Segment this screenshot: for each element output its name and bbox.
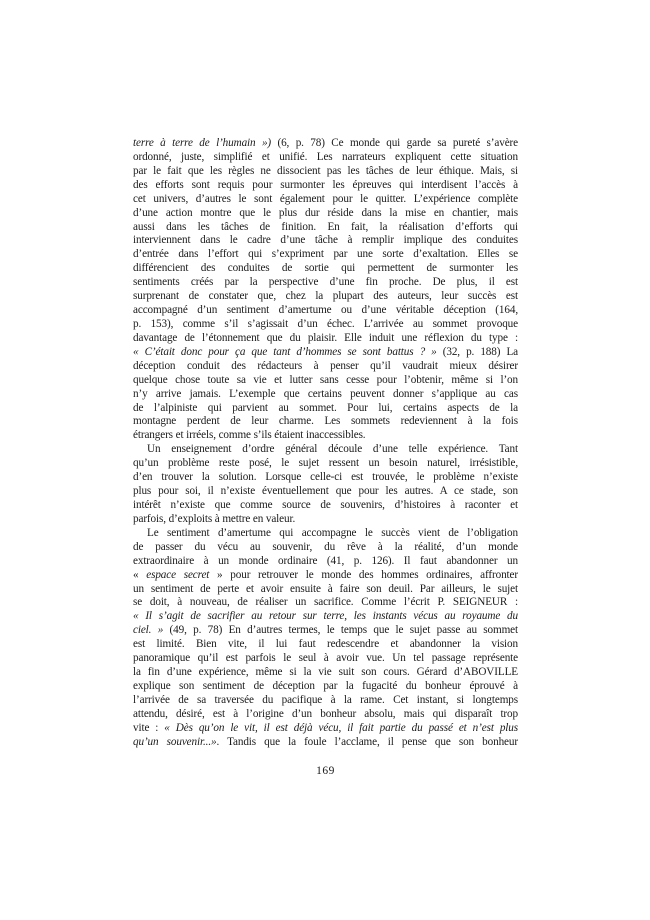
- text-segment: panoramique qu’il est parfois le seul à …: [133, 652, 518, 664]
- text-segment: parfois, d’exploits à mettre en valeur.: [133, 513, 295, 525]
- text-line: attendu, désiré, est à l’origine d’un bo…: [133, 708, 518, 722]
- text-line: différencient des conduites de sortie qu…: [133, 262, 518, 276]
- text-segment: interviennent dans le cadre d’une tâche …: [133, 234, 518, 246]
- text-segment: est limité. Bien vite, il lui faut redes…: [133, 638, 518, 650]
- text-line: plus pour soi, il n’existe éventuellemen…: [133, 485, 518, 499]
- text-line: étrangers et irréels, comme s’ils étaien…: [133, 429, 518, 443]
- italic-text-segment: « C’était donc pour ça que tant d’hommes…: [133, 346, 437, 358]
- text-line: de l’alpiniste qui parvient au sommet. P…: [133, 402, 518, 416]
- text-segment: des efforts sont requis pour surmonter l…: [133, 179, 518, 191]
- text-segment: par le fait que les règles ne dissocient…: [133, 165, 518, 177]
- text-line: « espace secret » pour retrouver le mond…: [133, 569, 518, 583]
- text-line: explique son sentiment de déception par …: [133, 680, 518, 694]
- text-segment: intérêt n’existe que comme source de sou…: [133, 499, 518, 511]
- italic-text-segment: qu’un souvenir...»: [133, 736, 216, 748]
- text-segment: n’y arrive jamais. L’exemple que certain…: [133, 388, 518, 400]
- page-number: 169: [133, 765, 518, 777]
- text-line: se doit, à nouveau, de réaliser un sacri…: [133, 596, 518, 610]
- text-line: intérêt n’existe que comme source de sou…: [133, 499, 518, 513]
- text-line: Le sentiment d’amertume qui accompagne l…: [133, 527, 518, 541]
- text-segment: ordonné, juste, simplifié et unifié. Les…: [133, 151, 518, 163]
- text-line: un sentiment de perte et avoir ensuite à…: [133, 583, 518, 597]
- text-line: des efforts sont requis pour surmonter l…: [133, 179, 518, 193]
- text-line: surprenant de constater que, chez la plu…: [133, 290, 518, 304]
- text-segment: se doit, à nouveau, de réaliser un sacri…: [133, 596, 518, 608]
- text-line: ciel. » (49, p. 78) En d’autres termes, …: [133, 624, 518, 638]
- text-segment: surprenant de constater que, chez la plu…: [133, 290, 518, 302]
- text-segment: plus pour soi, il n’existe éventuellemen…: [133, 485, 518, 497]
- text-segment: explique son sentiment de déception par …: [133, 680, 518, 692]
- text-line: « Il s’agit de sacrifier au retour sur t…: [133, 610, 518, 624]
- text-segment: extraordinaire à un monde ordinaire (41,…: [133, 555, 518, 567]
- text-line: panoramique qu’il est parfois le seul à …: [133, 652, 518, 666]
- text-line: accompagné d’un sentiment d’amertume ou …: [133, 304, 518, 318]
- italic-text-segment: terre à terre de l’humain »): [133, 137, 271, 149]
- text-line: d’une action montre que le plus dur rési…: [133, 207, 518, 221]
- text-line: « C’était donc pour ça que tant d’hommes…: [133, 346, 518, 360]
- text-segment: d’une action montre que le plus dur rési…: [133, 207, 518, 219]
- text-segment: d’entrée dans l’effort qui s’expriment p…: [133, 248, 518, 260]
- text-segment: de passer du vécu au souvenir, du rêve à…: [133, 541, 518, 553]
- paragraph: Un enseignement d’ordre général découle …: [133, 443, 518, 527]
- text-segment: étrangers et irréels, comme s’ils étaien…: [133, 429, 365, 441]
- text-segment: aussi dans les tâches de finition. En fa…: [133, 221, 518, 233]
- text-line: d’entrée dans l’effort qui s’expriment p…: [133, 248, 518, 262]
- text-segment: la fin d’une expérience, même si la vie …: [133, 666, 518, 678]
- text-segment: accompagné d’un sentiment d’amertume ou …: [133, 304, 518, 316]
- text-line: extraordinaire à un monde ordinaire (41,…: [133, 555, 518, 569]
- text-line: cet univers, d’autres le sont également …: [133, 193, 518, 207]
- document-page: terre à terre de l’humain ») (6, p. 78) …: [0, 0, 650, 920]
- italic-text-segment: espace secret: [146, 569, 209, 581]
- text-line: vite : « Dès qu’on le vit, il est déjà v…: [133, 722, 518, 736]
- text-segment: montagne perdent de leur charme. Les som…: [133, 415, 518, 427]
- text-line: interviennent dans le cadre d’une tâche …: [133, 234, 518, 248]
- text-segment: (49, p. 78) En d’autres termes, le temps…: [163, 624, 518, 636]
- italic-text-segment: « Il s’agit de sacrifier au retour sur t…: [133, 610, 518, 622]
- text-segment: qu’un problème reste posé, le sujet ress…: [133, 457, 518, 469]
- text-line: davantage de l’étonnement que du plaisir…: [133, 332, 518, 346]
- text-segment: différencient des conduites de sortie qu…: [133, 262, 518, 274]
- text-segment: «: [133, 569, 146, 581]
- text-line: déception conduit des rédacteurs à pense…: [133, 360, 518, 374]
- text-segment: p. 153), comme s’il s’agissait d’un éche…: [133, 318, 518, 330]
- italic-text-segment: « Dès qu’on le vit, il est déjà vécu, il…: [164, 722, 518, 734]
- text-line: terre à terre de l’humain ») (6, p. 78) …: [133, 137, 518, 151]
- text-line: la fin d’une expérience, même si la vie …: [133, 666, 518, 680]
- text-segment: » pour retrouver le monde des hommes ord…: [209, 569, 518, 581]
- text-line: montagne perdent de leur charme. Les som…: [133, 415, 518, 429]
- text-segment: cet univers, d’autres le sont également …: [133, 193, 518, 205]
- italic-text-segment: ciel. »: [133, 624, 163, 636]
- text-line: aussi dans les tâches de finition. En fa…: [133, 221, 518, 235]
- text-segment: quelque chose toute sa vie et lutter san…: [133, 374, 518, 386]
- text-segment: sentiments créés par la perspective d’un…: [133, 276, 518, 288]
- text-segment: Le sentiment d’amertume qui accompagne l…: [147, 527, 518, 539]
- text-segment: vite :: [133, 722, 164, 734]
- text-segment: un sentiment de perte et avoir ensuite à…: [133, 583, 518, 595]
- text-line: sentiments créés par la perspective d’un…: [133, 276, 518, 290]
- text-line: parfois, d’exploits à mettre en valeur.: [133, 513, 518, 527]
- text-segment: de l’alpiniste qui parvient au sommet. P…: [133, 402, 518, 414]
- text-segment: déception conduit des rédacteurs à pense…: [133, 360, 518, 372]
- text-segment: d’en trouver la solution. Lorsque celle-…: [133, 471, 518, 483]
- text-segment: attendu, désiré, est à l’origine d’un bo…: [133, 708, 518, 720]
- text-line: Un enseignement d’ordre général découle …: [133, 443, 518, 457]
- text-line: ordonné, juste, simplifié et unifié. Les…: [133, 151, 518, 165]
- text-line: n’y arrive jamais. L’exemple que certain…: [133, 388, 518, 402]
- text-line: qu’un problème reste posé, le sujet ress…: [133, 457, 518, 471]
- text-line: de passer du vécu au souvenir, du rêve à…: [133, 541, 518, 555]
- text-line: par le fait que les règles ne dissocient…: [133, 165, 518, 179]
- text-segment: davantage de l’étonnement que du plaisir…: [133, 332, 518, 344]
- paragraph: terre à terre de l’humain ») (6, p. 78) …: [133, 137, 518, 443]
- text-line: qu’un souvenir...». Tandis que la foule …: [133, 736, 518, 750]
- text-segment: . Tandis que la foule l’acclame, il pens…: [216, 736, 518, 748]
- text-segment: Un enseignement d’ordre général découle …: [147, 443, 518, 455]
- paragraph: Le sentiment d’amertume qui accompagne l…: [133, 527, 518, 750]
- text-line: quelque chose toute sa vie et lutter san…: [133, 374, 518, 388]
- text-block: terre à terre de l’humain ») (6, p. 78) …: [133, 137, 518, 750]
- text-line: l’arrivée de sa traversée du pacifique à…: [133, 694, 518, 708]
- text-line: est limité. Bien vite, il lui faut redes…: [133, 638, 518, 652]
- text-line: p. 153), comme s’il s’agissait d’un éche…: [133, 318, 518, 332]
- text-segment: (32, p. 188) La: [437, 346, 518, 358]
- text-segment: l’arrivée de sa traversée du pacifique à…: [133, 694, 518, 706]
- text-segment: (6, p. 78) Ce monde qui garde sa pureté …: [271, 137, 518, 149]
- text-line: d’en trouver la solution. Lorsque celle-…: [133, 471, 518, 485]
